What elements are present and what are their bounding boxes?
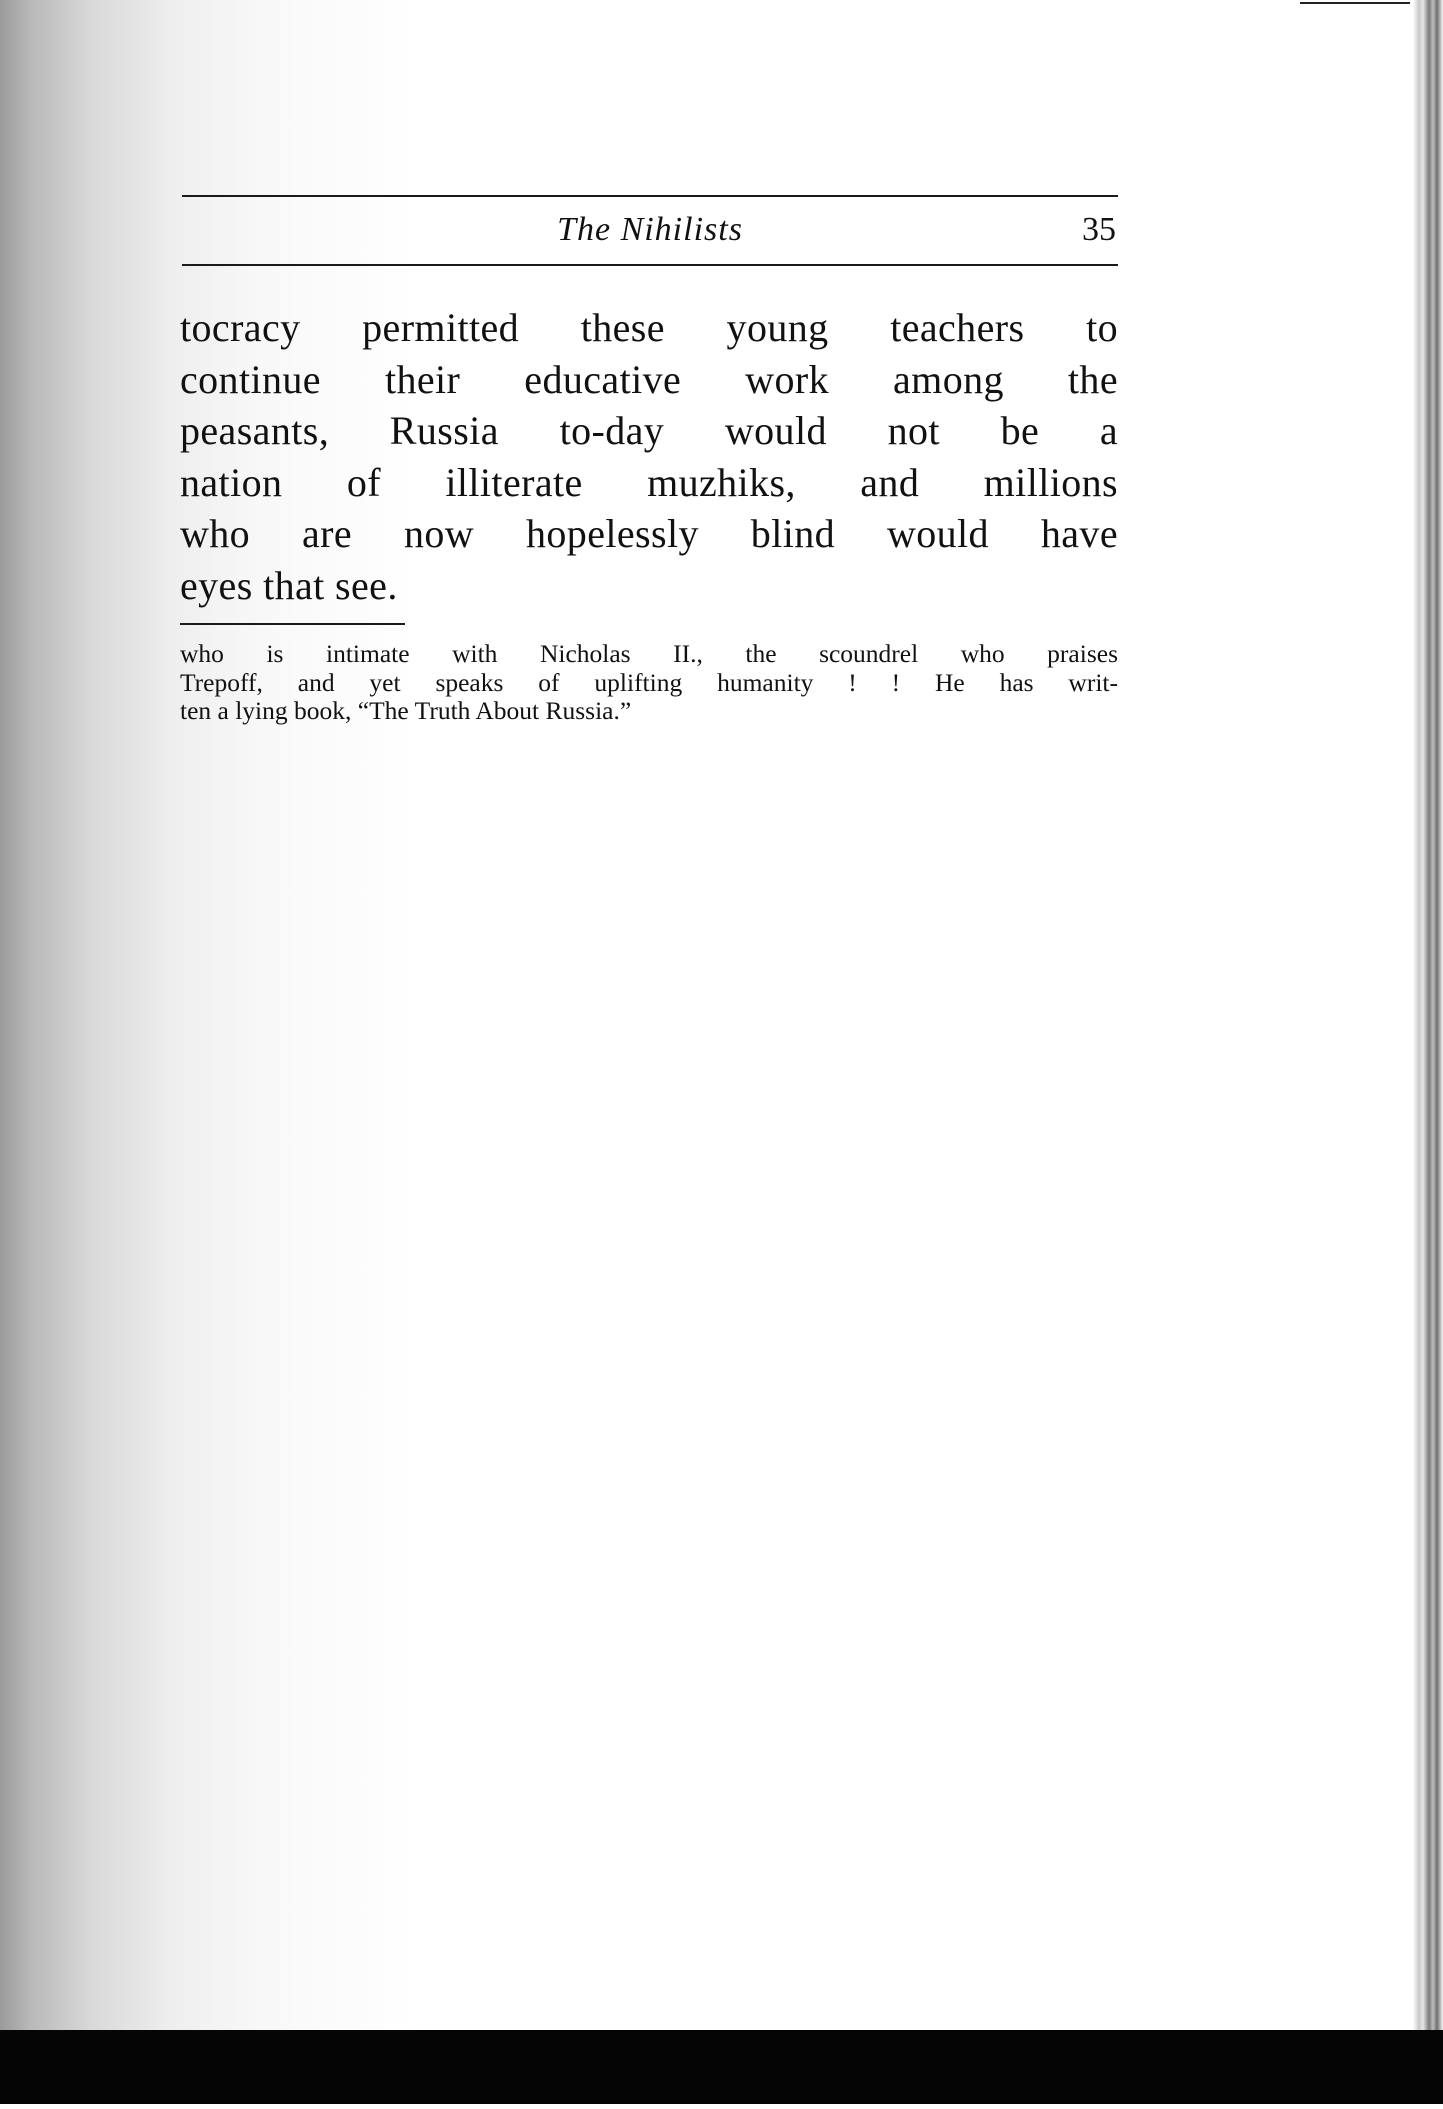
page-number: 35 — [1082, 205, 1116, 255]
footnote-line: who is intimate with Nicholas II., the s… — [180, 640, 1118, 669]
body-line: tocracy permitted these young teachers t… — [180, 302, 1118, 354]
footnote-line: ten a lying book, “The Truth About Russi… — [180, 697, 1118, 726]
header-top-rule — [182, 195, 1118, 197]
running-head: The Nihilists 35 — [182, 205, 1118, 255]
footnote-rule — [180, 623, 405, 625]
body-line: peasants, Russia to-day would not be a — [180, 405, 1118, 457]
body-line: nation of illiterate muzhiks, and millio… — [180, 457, 1118, 509]
body-line: who are now hopelessly blind would have — [180, 508, 1118, 560]
body-line: continue their educative work among the — [180, 354, 1118, 406]
running-head-title: The Nihilists — [182, 205, 1118, 255]
page-edge-stack — [1413, 0, 1443, 2040]
scan-bottom-strip — [0, 2104, 1443, 2109]
scan-bottom-border — [0, 2030, 1443, 2104]
footnote-line: Trepoff, and yet speaks of uplifting hum… — [180, 669, 1118, 698]
body-line: eyes that see. — [180, 560, 1118, 612]
scan-artifact-line — [1300, 2, 1410, 4]
header-bottom-rule — [182, 264, 1118, 266]
body-paragraph: tocracy permitted these young teachers t… — [180, 302, 1118, 611]
footnote: who is intimate with Nicholas II., the s… — [180, 640, 1118, 726]
